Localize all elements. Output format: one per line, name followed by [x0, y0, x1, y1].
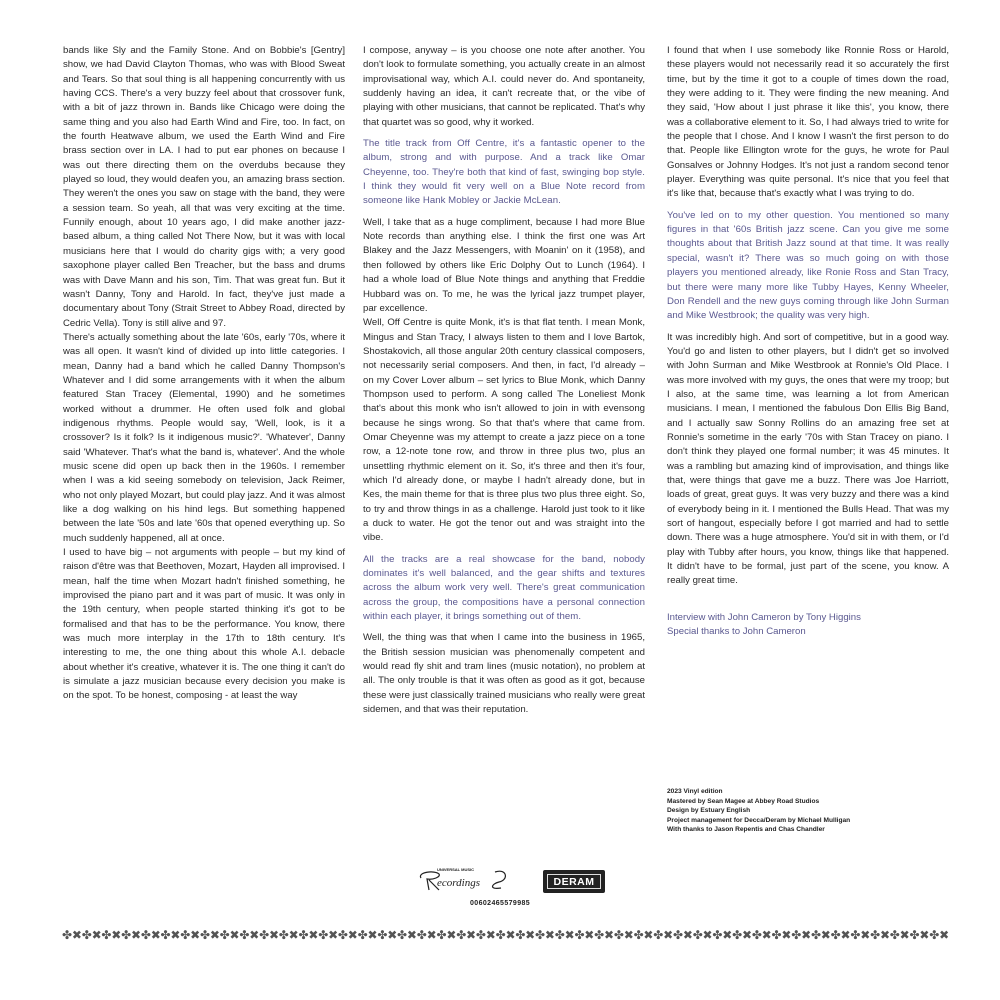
svg-text:ecordings: ecordings [437, 877, 480, 889]
text-column-1: bands like Sly and the Family Stone. And… [63, 44, 345, 704]
interview-question: You've led on to my other question. You … [667, 209, 949, 324]
answer-paragraph: Well, Off Centre is quite Monk, it's is … [363, 316, 645, 546]
answer-paragraph: I used to have big – not arguments with … [63, 546, 345, 704]
answer-paragraph: I compose, anyway – is you choose one no… [363, 44, 645, 130]
decorative-ornament-border: ✤✖✤✖✤✖✤✖✤✖✤✖✤✖✤✖✤✖✤✖✤✖✤✖✤✖✤✖✤✖✤✖✤✖✤✖✤✖✤✖… [62, 928, 950, 942]
deram-logo: DERAM [543, 870, 605, 893]
svg-text:UNIVERSAL MUSIC: UNIVERSAL MUSIC [437, 867, 474, 872]
answer-paragraph: There's actually something about the lat… [63, 331, 345, 546]
answer-paragraph: It was incredibly high. And sort of comp… [667, 331, 949, 589]
answer-paragraph: bands like Sly and the Family Stone. And… [63, 44, 345, 331]
deram-logo-text: DERAM [547, 874, 601, 889]
text-column-2: I compose, anyway – is you choose one no… [363, 44, 645, 717]
production-notes: 2023 Vinyl edition Mastered by Sean Mage… [667, 787, 850, 835]
interview-question: All the tracks are a real showcase for t… [363, 553, 645, 625]
project-management-line: Project management for Decca/Deram by Mi… [667, 816, 850, 826]
mastering-line: Mastered by Sean Magee at Abbey Road Stu… [667, 797, 850, 807]
thanks-credit-line: Special thanks to John Cameron [667, 625, 949, 640]
answer-paragraph: Well, I take that as a huge compliment, … [363, 216, 645, 316]
label-logos: UNIVERSAL MUSIC ecordings DERAM 00602465… [415, 862, 605, 912]
answer-paragraph: Well, the thing was that when I came int… [363, 631, 645, 717]
interview-question: The title track from Off Centre, it's a … [363, 137, 645, 209]
edition-line: 2023 Vinyl edition [667, 787, 850, 797]
catalogue-number: 00602465579985 [470, 900, 530, 907]
thanks-line: With thanks to Jason Repentis and Chas C… [667, 825, 850, 835]
design-line: Design by Estuary English [667, 806, 850, 816]
interview-credits: Interview with John Cameron by Tony Higg… [667, 611, 949, 640]
interview-credit-line: Interview with John Cameron by Tony Higg… [667, 611, 949, 626]
text-column-3: I found that when I use somebody like Ro… [667, 44, 949, 640]
universal-music-recordings-logo: UNIVERSAL MUSIC ecordings [415, 864, 510, 894]
answer-paragraph: I found that when I use somebody like Ro… [667, 44, 949, 202]
recordings-script-icon: UNIVERSAL MUSIC ecordings [415, 864, 510, 894]
